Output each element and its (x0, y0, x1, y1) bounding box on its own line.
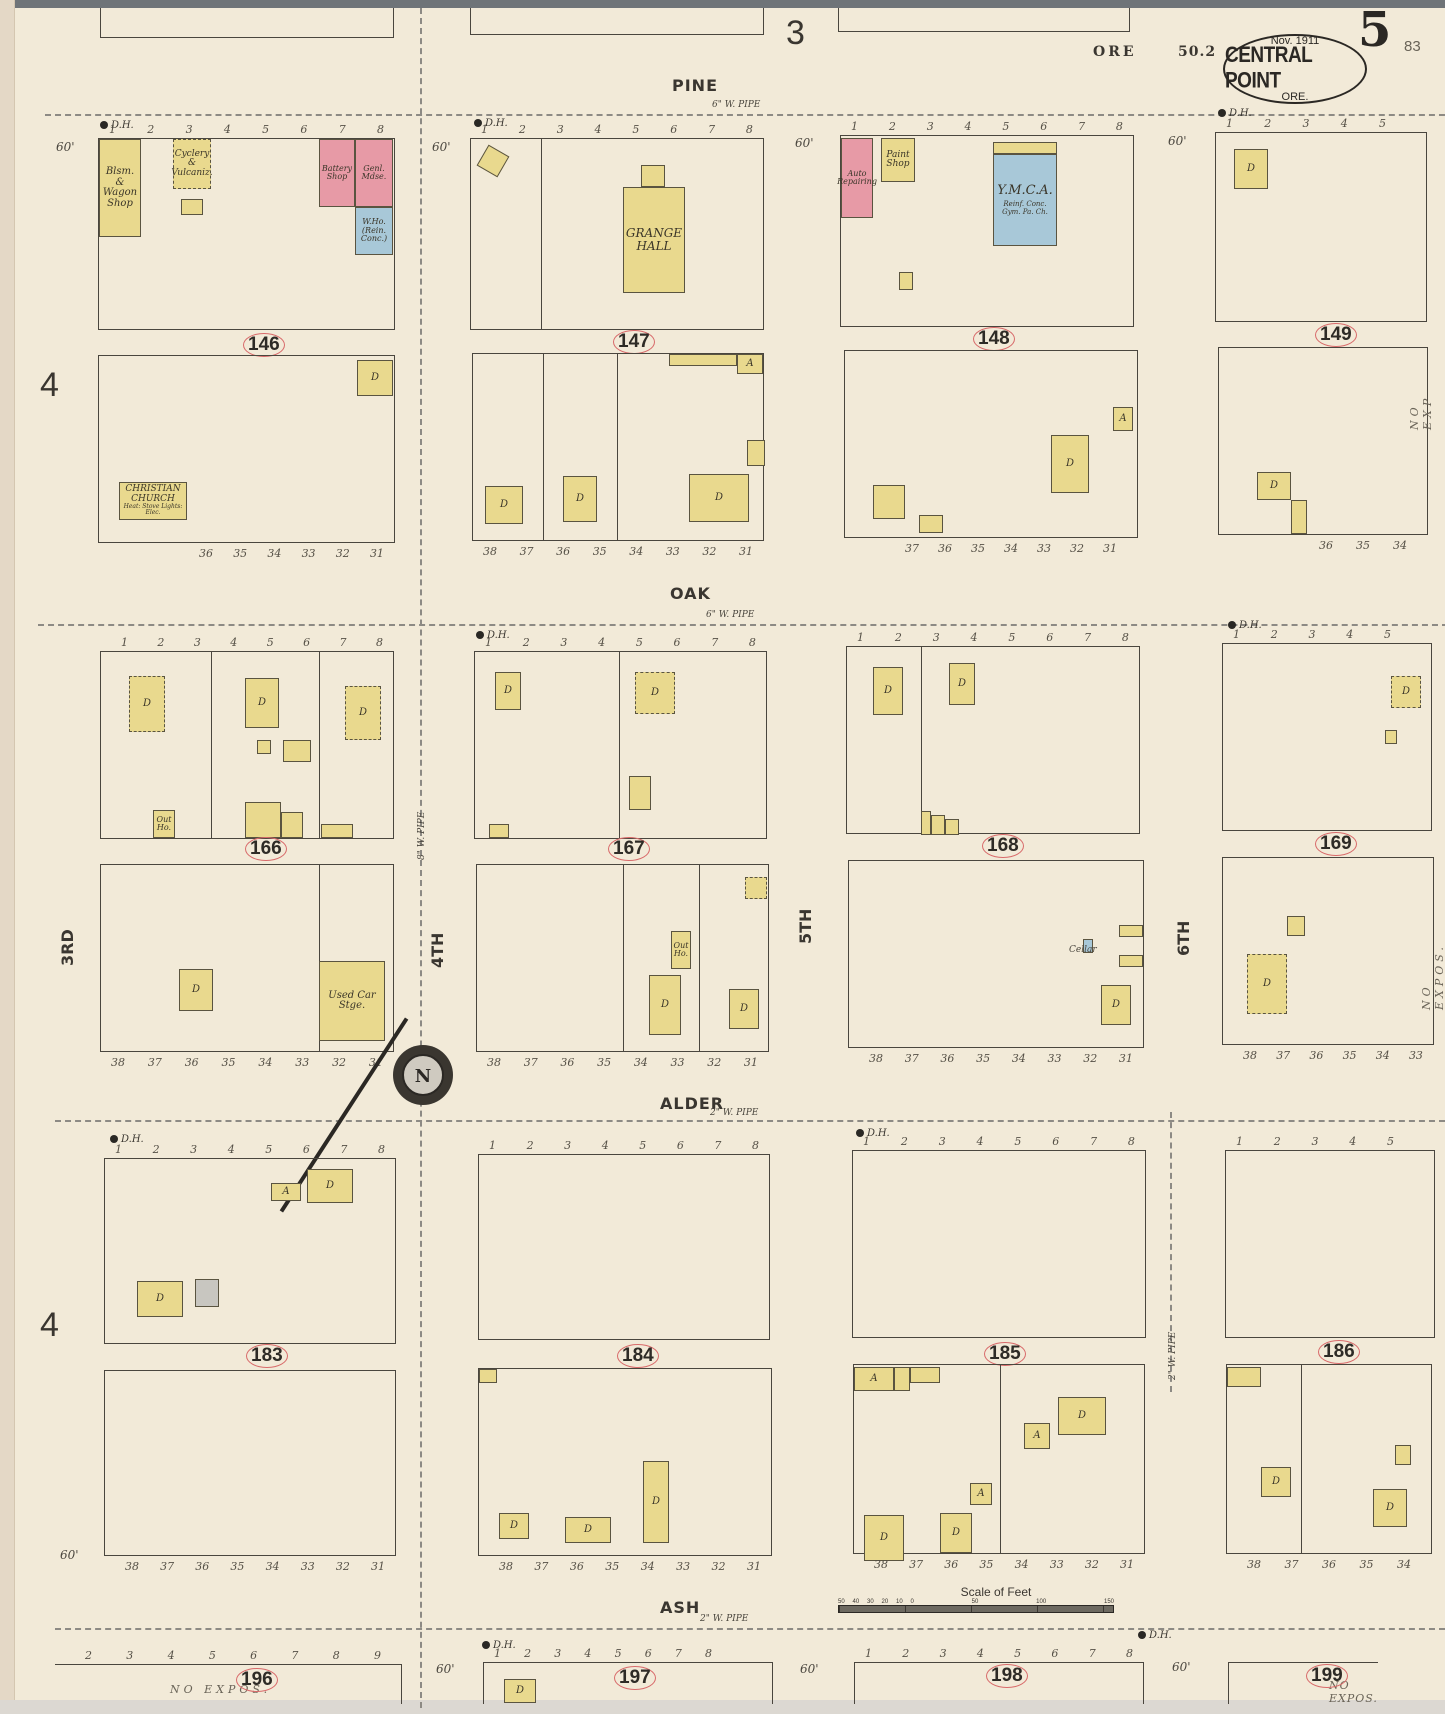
building-auto-garage: A (1024, 1423, 1050, 1449)
block-number-169: 169 (1315, 832, 1357, 856)
building-small (899, 272, 913, 290)
building-small (321, 824, 353, 838)
street-width-label: 60' (60, 1548, 79, 1562)
block-partial-top-1 (100, 8, 394, 38)
building-warehouse: W.Ho. (Rein. Conc.) (355, 207, 393, 255)
fourth-pipe-label: 8" W. PIPE (417, 812, 427, 860)
block-185-south: A D D A A D 3837363534333231 (853, 1364, 1145, 1554)
block-number-167: 167 (608, 837, 650, 861)
building-paint-shop: Paint Shop (881, 138, 915, 182)
building-small (489, 824, 509, 838)
building-dwelling: D (643, 1461, 669, 1543)
lot-line (921, 647, 922, 833)
building-small (281, 812, 303, 838)
lot-numbers: 12345678 (121, 636, 383, 649)
building-dwelling: D (307, 1169, 353, 1203)
building-small (931, 815, 945, 835)
adjacent-sheet-left-upper: 4 (40, 366, 59, 405)
lot-line (617, 354, 618, 540)
building-dwelling: D (1391, 676, 1421, 708)
ymca-label: Y.M.C.A. (997, 184, 1053, 198)
building-out-house: Out Ho. (671, 931, 691, 969)
block-149-south: D 363534 (1218, 347, 1428, 535)
block-167-south: Out Ho. D D 3837363534333231 (476, 864, 769, 1052)
building-small (1395, 1445, 1411, 1465)
block-168-north: 12345678 D D (846, 646, 1140, 834)
building-dwelling: D (495, 672, 521, 710)
street-width-label: 60' (800, 1662, 819, 1676)
lot-line (699, 865, 700, 1051)
church-detail: Heat: Stove Lights: Elec. (120, 504, 186, 517)
building-dwelling: D (563, 476, 597, 522)
building-dwelling: D (1261, 1467, 1291, 1497)
building-dwelling: D (565, 1517, 611, 1543)
lot-numbers: 12345678 (489, 1139, 759, 1152)
block-168-south: Cellar D 3837363534333231 (848, 860, 1144, 1048)
lot-line (211, 652, 212, 838)
building-dwelling: D (940, 1513, 972, 1553)
building-dwelling: D (729, 989, 759, 1029)
no-expos-note: NO EXPOS. (1420, 943, 1445, 1010)
sheet-number: 5 (1358, 2, 1391, 58)
building-dwelling: D (689, 474, 749, 522)
svg-text:N: N (415, 1066, 431, 1087)
block-184-north: 12345678 (478, 1154, 770, 1340)
block-number-196: 196 (236, 1668, 278, 1692)
pine-pipe-label: 6" W. PIPE (712, 100, 760, 110)
building-auto-repairing: Auto Repairing (841, 138, 873, 218)
building-small (745, 877, 767, 899)
cellar-label: Cellar (1069, 945, 1097, 955)
scale-of-feet: Scale of Feet 5040302010050100150 (838, 1585, 1114, 1613)
building-dwelling: D (1101, 985, 1131, 1025)
binding-edge (0, 0, 15, 1714)
lot-numbers: 3837363534333231 (487, 1056, 758, 1069)
lot-line (623, 865, 624, 1051)
block-number-183: 183 (246, 1344, 288, 1368)
building-small (479, 1369, 497, 1383)
block-number-149: 149 (1315, 323, 1357, 347)
block-185-north: 12345678 (852, 1150, 1146, 1338)
alder-pipe-line (55, 1120, 1445, 1122)
street-5th: 5TH (796, 909, 815, 944)
lot-line (1000, 1365, 1001, 1553)
lot-numbers: 3837363534333231 (483, 545, 753, 558)
building-battery-shop: Battery Shop (319, 139, 355, 207)
block-148-north: 12345678 Auto Repairing Paint Shop Y.M.C… (840, 135, 1134, 327)
scan-top-edge (0, 0, 1445, 8)
block-147-north: 12345678 GRANGE HALL (470, 138, 764, 330)
building-small (1385, 730, 1397, 744)
ash-pipe-line (55, 1628, 1445, 1630)
building-small (747, 440, 765, 466)
building-dwelling: D (1051, 435, 1089, 493)
page-number: 83 (1404, 38, 1421, 55)
building-small (945, 819, 959, 835)
street-3rd: 3RD (58, 929, 77, 966)
header-value: 50.2 (1178, 44, 1216, 60)
building-small (181, 199, 203, 215)
sixth-pipe-label: 2" W. PIPE (1168, 1332, 1178, 1380)
oak-pipe-label: 6" W. PIPE (706, 610, 754, 620)
block-186-north: 12345 (1225, 1150, 1435, 1338)
block-number-147: 147 (613, 330, 655, 354)
building-small (921, 811, 931, 835)
building-auto-garage: A (854, 1367, 894, 1391)
street-width-label: 60' (436, 1662, 455, 1676)
block-number-197: 197 (614, 1666, 656, 1690)
building-grange-hall: GRANGE HALL (623, 187, 685, 293)
building-genl-mdse: Genl. Mdse. (355, 139, 393, 207)
building-dwelling: D (949, 663, 975, 705)
adjacent-sheet-left-lower: 4 (40, 1306, 59, 1345)
block-number-199: 199 (1306, 1664, 1348, 1688)
dh-marker: D.H. (1138, 1630, 1172, 1641)
building-ymca: Y.M.C.A. Reinf. Conc. Gym. Pa. Ch. (993, 154, 1057, 246)
lot-numbers: 12345678 (115, 1143, 385, 1156)
block-149-north: 12345 D (1215, 132, 1427, 322)
block-number-186: 186 (1318, 1340, 1360, 1364)
building-small (477, 145, 510, 178)
lot-numbers: 37363534333231 (905, 542, 1117, 555)
title-cartouche: Nov. 1911 CENTRAL POINT ORE. (1223, 34, 1367, 104)
building-out-house: Out Ho. (153, 810, 175, 838)
building-dwelling: D (1058, 1397, 1106, 1435)
building-christian-church: CHRISTIAN CHURCH Heat: Stove Lights: Ele… (119, 482, 187, 520)
church-label: CHRISTIAN CHURCH (120, 485, 186, 504)
building-dwelling: D (137, 1281, 183, 1317)
lot-numbers: 12345 (1233, 628, 1391, 641)
building-dwelling: D (864, 1515, 904, 1561)
building-auto-garage: A (970, 1483, 992, 1505)
building-small (894, 1367, 910, 1391)
no-exp-note: NO EXP (1408, 393, 1434, 430)
street-pine: PINE (672, 76, 718, 95)
block-number-148: 148 (973, 327, 1015, 351)
lot-line (619, 652, 620, 838)
street-width-label: 60' (795, 136, 814, 150)
street-oak: OAK (670, 584, 711, 603)
building-dwelling: D (179, 969, 213, 1011)
building-cyclery: Cyclery & Vulcaniz. (173, 139, 211, 189)
building-vacant-x (245, 802, 281, 838)
lot-numbers: 3837363534 (1247, 1558, 1411, 1571)
street-4th: 4TH (428, 933, 447, 968)
lot-numbers: 12345678 (494, 1647, 712, 1660)
street-width-label: 60' (1168, 134, 1187, 148)
building-dwelling: D (1373, 1489, 1407, 1527)
block-146-south: D CHRISTIAN CHURCH Heat: Stove Lights: E… (98, 355, 395, 543)
lot-numbers: 363534333231 (199, 547, 384, 560)
block-146-north: 12345678 Blsm. & Wagon Shop Cyclery & Vu… (98, 138, 395, 330)
block-167-north: 12345678 D D (474, 651, 767, 839)
lot-line (541, 139, 542, 329)
header-ore-label: ORE (1093, 44, 1137, 60)
building-blacksmith-wagon: Blsm. & Wagon Shop (99, 139, 141, 237)
building-dwelling: D (485, 486, 523, 524)
ymca-detail: Reinf. Conc. Gym. Pa. Ch. (994, 201, 1056, 216)
block-number-198: 198 (986, 1664, 1028, 1688)
building-small (919, 515, 943, 533)
adjacent-sheet-top: 3 (786, 14, 805, 53)
building-dwelling: D (1257, 472, 1291, 500)
lot-numbers: 12345678 (851, 120, 1123, 133)
lot-numbers: 363534 (1319, 539, 1407, 552)
block-184-south: D D D 3837363534333231 (478, 1368, 772, 1556)
building-dwelling: D (129, 676, 165, 732)
lot-numbers: 12345678 (865, 1647, 1133, 1660)
building-concrete (195, 1279, 219, 1307)
block-199: NO EXPOS. (1228, 1662, 1378, 1704)
block-166-south: D Used Car Stge. 3837363534333231 (100, 864, 394, 1052)
ash-pipe-label: 2" W. PIPE (700, 1614, 748, 1624)
scale-bar (838, 1605, 1114, 1613)
building-dwelling: D (504, 1679, 536, 1703)
lot-numbers: 12345 (1226, 117, 1386, 130)
lot-numbers: 3837363534333231 (869, 1052, 1133, 1065)
building-small (910, 1367, 940, 1383)
building-dwelling: D (499, 1513, 529, 1539)
building-grange-annex (641, 165, 665, 187)
building-auto-garage: A (1113, 407, 1133, 431)
lot-line (1301, 1365, 1302, 1553)
building-auto-garage: A (737, 354, 763, 374)
building-dwelling: D (245, 678, 279, 728)
block-number-184: 184 (617, 1344, 659, 1368)
compass-rose-icon: N (388, 1040, 458, 1110)
block-partial-top-2 (470, 8, 764, 35)
building-ymca-porch (993, 142, 1057, 154)
street-width-label: 60' (432, 140, 451, 154)
building-dwelling: D (345, 686, 381, 740)
street-width-label: 60' (56, 140, 75, 154)
building-dwelling: D (1247, 954, 1287, 1014)
building-dwelling: D (635, 672, 675, 714)
building-dwelling: D (357, 360, 393, 396)
block-147-south: D D D A 3837363534333231 (472, 353, 764, 541)
building-small (1119, 925, 1143, 937)
block-196: 23456789 NO EXPOS. (55, 1664, 402, 1704)
building-dwelling: D (649, 975, 681, 1035)
street-ash: ASH (660, 1598, 700, 1617)
scale-title: Scale of Feet (878, 1585, 1114, 1599)
lot-numbers: 12345678 (857, 631, 1129, 644)
block-183-south: 3837363534333231 (104, 1370, 396, 1556)
lot-numbers: 23456789 (85, 1649, 381, 1662)
building-small (257, 740, 271, 754)
block-number-185: 185 (984, 1342, 1026, 1366)
block-186-south: D D 3837363534 (1226, 1364, 1432, 1554)
block-183-north: 12345678 A D D (104, 1158, 396, 1344)
lot-numbers: 3837363534333231 (111, 1056, 383, 1069)
building-small (283, 740, 311, 762)
lot-numbers: 3837363534333231 (125, 1560, 385, 1573)
lot-line (319, 652, 320, 838)
block-169-north: 12345 D (1222, 643, 1432, 831)
lot-numbers: 12345678 (481, 123, 753, 136)
block-148-south: D A 37363534333231 (844, 350, 1138, 538)
map-sheet: 3 4 4 ORE 50.2 Nov. 1911 CENTRAL POINT O… (0, 0, 1445, 1714)
building-small (629, 776, 651, 810)
building-vacant-x (1227, 1367, 1261, 1387)
street-width-label: 60' (1172, 1660, 1191, 1674)
lot-numbers: 12345678 (863, 1135, 1135, 1148)
block-number-146: 146 (243, 333, 285, 357)
building-used-car-storage: Used Car Stge. (319, 961, 385, 1041)
sheet-title: CENTRAL POINT (1225, 44, 1365, 95)
alder-pipe-label: 2" W. PIPE (710, 1108, 758, 1118)
street-6th: 6TH (1174, 921, 1193, 956)
block-partial-top-3 (838, 8, 1130, 32)
building-dwelling: D (1234, 149, 1268, 189)
building-small (1119, 955, 1143, 967)
lot-numbers: 383736353433 (1243, 1049, 1423, 1062)
lot-numbers: 3837363534333231 (874, 1558, 1134, 1571)
lot-numbers: 3837363534333231 (499, 1560, 761, 1573)
block-166-north: 12345678 D D Out Ho. D (100, 651, 394, 839)
building-small (1291, 500, 1307, 534)
block-number-166: 166 (245, 837, 287, 861)
lot-numbers: 12345678 (485, 636, 756, 649)
building-shed (669, 354, 737, 366)
building-auto-garage: A (271, 1183, 301, 1201)
building-small (1287, 916, 1305, 936)
building-dwelling: D (873, 667, 903, 715)
building-dwelling (873, 485, 905, 519)
block-number-168: 168 (982, 834, 1024, 858)
lot-numbers: 12345678 (109, 123, 384, 136)
lot-numbers: 12345 (1236, 1135, 1394, 1148)
lot-line (543, 354, 544, 540)
block-169-south: D 383736353433 (1222, 857, 1434, 1045)
